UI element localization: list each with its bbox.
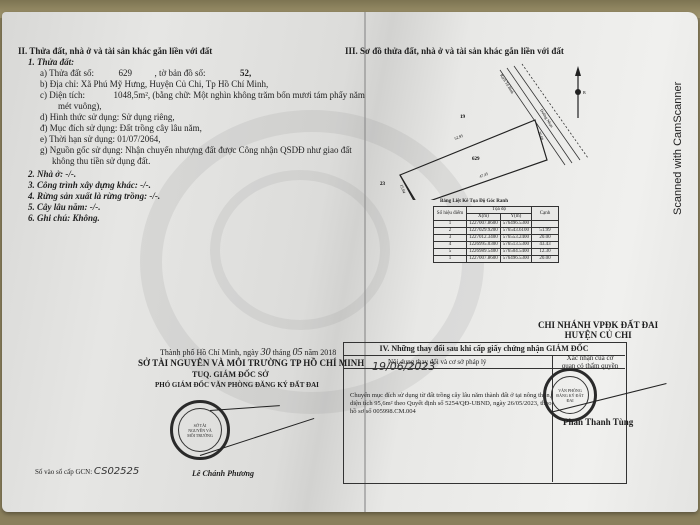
signer-name-right: Phan Thanh Tùng — [563, 417, 633, 427]
section-2-title: II. Thửa đất, nhà ở và tài sản khác gắn … — [18, 46, 348, 57]
registration-number: Số vào sổ cấp GCN: CS02525 — [35, 466, 139, 477]
section-2-item: 4. Rừng sản xuất là rừng trồng: -/-. — [18, 191, 348, 202]
coord-table: Số hiệu điểm Tọa độ Cạnh X(m) Y(m) 11227… — [433, 206, 559, 263]
area-cont: mét vuông), — [18, 101, 348, 112]
city-date: Thành phố Hồ Chí Minh, ngày 30 tháng 05 … — [160, 347, 336, 358]
north-arrow-icon — [575, 66, 581, 118]
table-row: 51226989.5400576504.540012.30 — [434, 249, 559, 256]
usage-form-value: Sử dụng riêng, — [122, 112, 175, 122]
area-value: 1048,5m², (bằng chữ: Một nghìn không tră… — [113, 90, 364, 100]
map-no: 52, — [240, 68, 251, 78]
col-edge: Cạnh — [532, 207, 559, 221]
col-x: X(m) — [467, 214, 501, 221]
parcel-number: 629 — [472, 157, 480, 162]
change-date-handwritten: 19/06/2023 — [372, 360, 435, 373]
official-stamp-right: VĂN PHÒNG ĐĂNG KÝ ĐẤT ĐAI — [543, 368, 597, 422]
coord-table-title: Bảng Liệt Kê Tọa Độ Góc Ranh — [440, 199, 508, 204]
neighbor-19: 19 — [460, 115, 466, 120]
parcel-row: a) Thửa đất số: 629 , tờ bản đồ số: 52, — [18, 68, 348, 79]
edge-right: 20.00 — [537, 131, 545, 141]
address-value: Xã Phú Mỹ Hưng, Huyện Củ Chi, Tp Hồ Chí … — [81, 79, 268, 89]
signer-name-left: Lê Chánh Phương — [192, 469, 254, 478]
purpose-label: đ) Mục đích sử dụng: — [40, 123, 117, 133]
usage-form-label: d) Hình thức sử dụng: — [40, 112, 119, 122]
address-label: b) Địa chỉ: — [40, 79, 79, 89]
north-label: B — [583, 90, 586, 95]
purpose-value: Đất trồng cây lâu năm, — [120, 123, 202, 133]
area-label: c) Diện tích: — [40, 90, 85, 100]
registration-number-value: CS02525 — [94, 466, 139, 477]
parcel-label: a) Thửa đất số: — [40, 68, 94, 78]
day-handwritten: 30 — [261, 347, 271, 358]
section-2-item: 5. Cây lâu năm: -/-. — [18, 202, 348, 213]
purpose-row: đ) Mục đích sử dụng: Đất trồng cây lâu n… — [18, 123, 348, 134]
signer-role-2: PHÓ GIÁM ĐỐC VĂN PHÒNG ĐĂNG KÝ ĐẤT ĐAI — [155, 381, 319, 389]
department-name: SỞ TÀI NGUYÊN VÀ MÔI TRƯỜNG TP HỒ CHÍ MI… — [138, 358, 364, 368]
origin-row: g) Nguồn gốc sử dụng: Nhận chuyển nhượng… — [18, 145, 348, 156]
section-2-item: 6. Ghi chú: Không. — [18, 213, 348, 224]
month-handwritten: 05 — [292, 347, 302, 358]
table-row: 21227029.9200576543.610051.99 — [434, 228, 559, 235]
parcel-diagram: 19 23 34 629 52.95 20.00 47.45 15.04 Đườ… — [360, 60, 630, 200]
section-2-item: 3. Công trình xây dựng khác: -/-. — [18, 180, 348, 191]
director-title: GIÁM ĐỐC — [546, 344, 588, 353]
change-content: Chuyển mục đích sử dụng từ đất trồng cây… — [350, 392, 555, 416]
table-row: 31227012.3400576553.240020.00 — [434, 235, 559, 242]
origin-cont: không thu tiền sử dụng đất. — [18, 156, 348, 167]
origin-value: Nhận chuyển nhượng đất được Công nhận QS… — [125, 145, 352, 155]
table-row: 11227007.8600576496.5300 — [434, 221, 559, 228]
camscanner-watermark: Scanned with CamScanner — [672, 82, 684, 215]
section-2-item: 2. Nhà ở: -/-. — [18, 169, 348, 180]
signer-role-1: TUQ. GIÁM ĐỐC SỞ — [192, 370, 268, 379]
parcel-no: 629 — [118, 68, 132, 78]
col-point: Số hiệu điểm — [434, 207, 467, 221]
usage-form-row: d) Hình thức sử dụng: Sử dụng riêng, — [18, 112, 348, 123]
term-label: e) Thời hạn sử dụng: — [40, 134, 115, 144]
neighbor-23: 23 — [380, 182, 386, 187]
map-label: , tờ bản đồ số: — [154, 68, 205, 78]
area-row: c) Diện tích: 1048,5m², (bằng chữ: Một n… — [18, 90, 348, 101]
section-2: II. Thửa đất, nhà ở và tài sản khác gắn … — [18, 46, 348, 224]
edge-bottom: 47.45 — [479, 171, 489, 179]
term-row: e) Thời hạn sử dụng: 01/07/2064, — [18, 134, 348, 145]
table-row: 11227007.8600576496.530020.00 — [434, 256, 559, 263]
col-y: Y(m) — [500, 214, 531, 221]
table-row: 41226995.0300576513.530043.43 — [434, 242, 559, 249]
edge-top: 52.95 — [454, 133, 464, 141]
address-row: b) Địa chỉ: Xã Phú Mỹ Hưng, Huyện Củ Chi… — [18, 79, 348, 90]
origin-label: g) Nguồn gốc sử dụng: — [40, 145, 123, 155]
section-3: III. Sơ đồ thửa đất, nhà ở và tài sản kh… — [345, 46, 655, 57]
col-coord: Tọa độ — [467, 207, 532, 214]
land-heading: 1. Thửa đất: — [18, 57, 348, 68]
branch-office: CHI NHÁNH VPĐK ĐẤT ĐAI HUYỆN CỦ CHI — [538, 320, 658, 340]
term-value: 01/07/2064, — [117, 134, 160, 144]
section-3-title: III. Sơ đồ thửa đất, nhà ở và tài sản kh… — [345, 46, 655, 57]
